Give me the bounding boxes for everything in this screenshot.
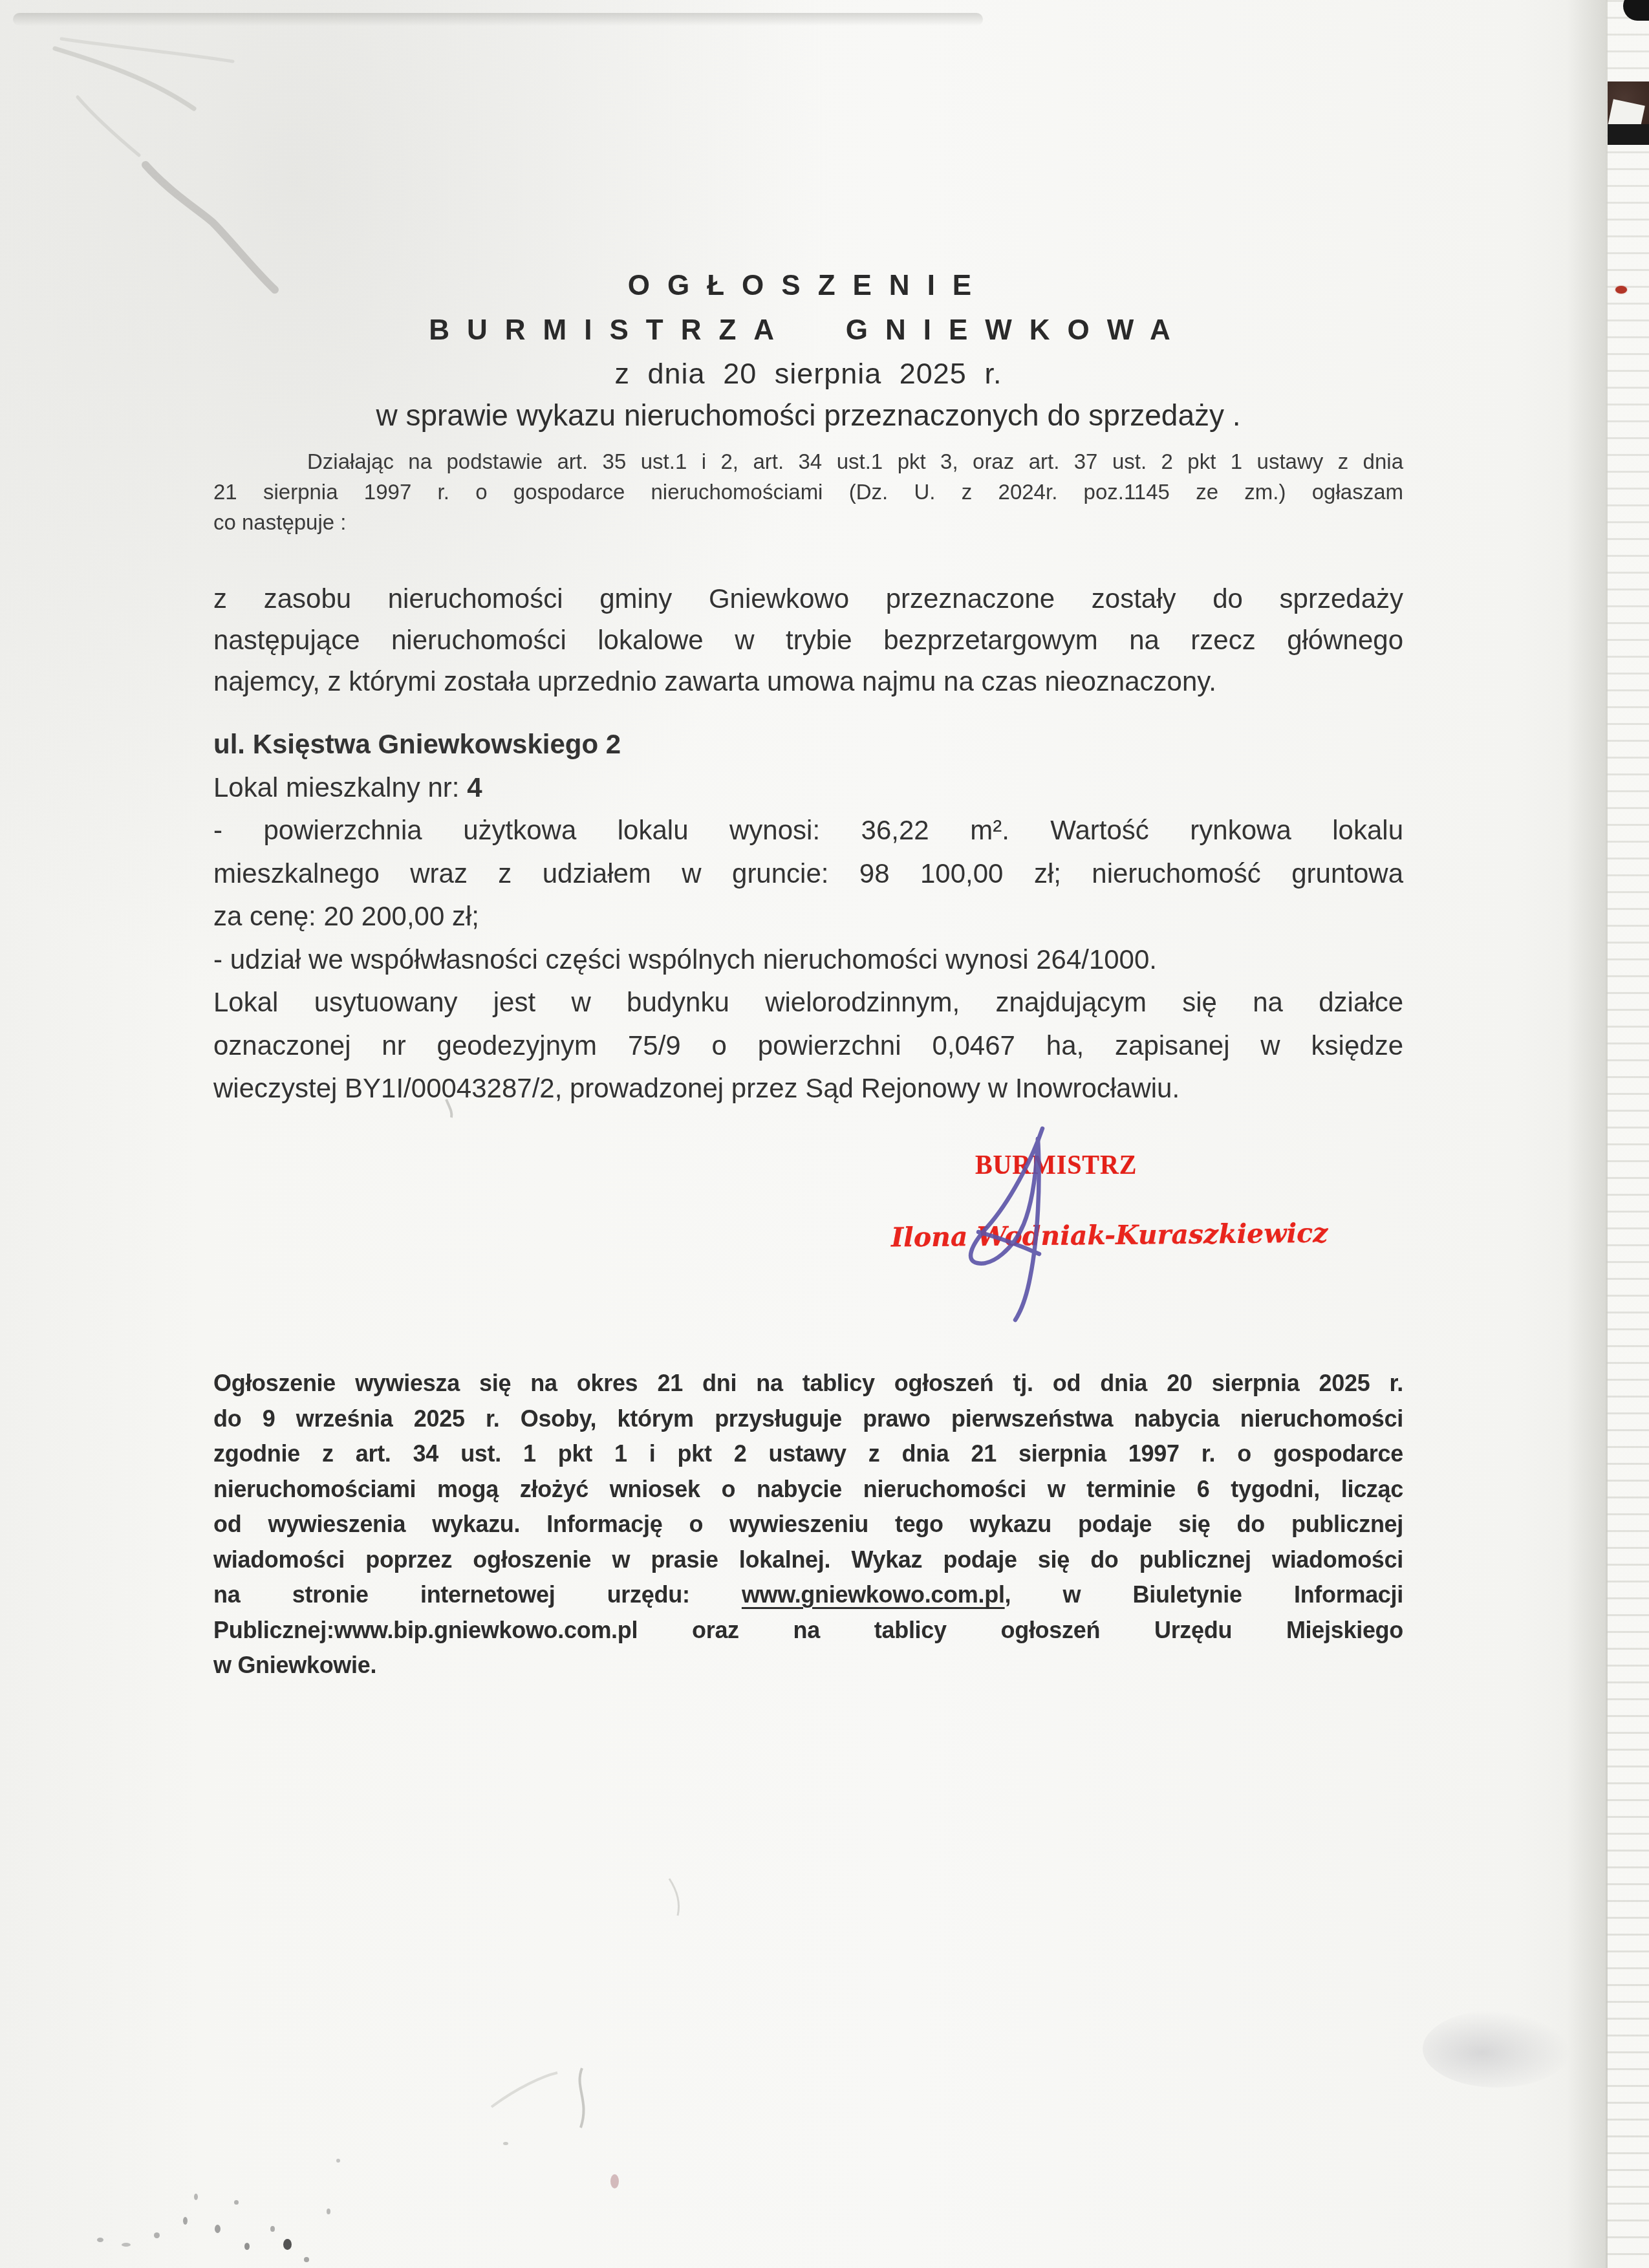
title-line-1: OGŁOSZENIE <box>213 272 1403 300</box>
property-unit-label: Lokal mieszkalny nr: <box>213 772 467 803</box>
property-line: wieczystej BY1I/00043287/2, prowadzonej … <box>213 1067 1403 1110</box>
dust-speck <box>327 2209 330 2214</box>
body-line: z zasobu nieruchomości gminy Gniewkowo p… <box>213 578 1403 620</box>
smudge-bottom-right <box>1423 2010 1571 2088</box>
dust-speck <box>234 2200 239 2205</box>
legal-basis-line: 21 sierpnia 1997 r. o gospodarce nieruch… <box>213 477 1403 507</box>
footer-line: zgodnie z art. 34 ust. 1 pkt 1 i pkt 2 u… <box>213 1436 1403 1472</box>
legal-basis-paragraph: Działając na podstawie art. 35 ust.1 i 2… <box>213 446 1403 537</box>
property-line: Lokal usytuowany jest w budynku wielorod… <box>213 981 1403 1024</box>
gniewkowo-website-link: www.gniewkowo.com.pl <box>742 1581 1005 1608</box>
scanner-edge-strip <box>1606 0 1649 2268</box>
dust-speck <box>336 2159 340 2163</box>
dust-speck <box>183 2217 188 2225</box>
property-unit-number: 4 <box>467 772 482 803</box>
signature-ink <box>941 1122 1083 1329</box>
title-subject-line: w sprawie wykazu nieruchomości przeznacz… <box>213 400 1403 430</box>
scanned-document-page: OGŁOSZENIE BURMISTRZA GNIEWKOWA z dnia 2… <box>0 0 1649 2268</box>
dust-speck <box>244 2243 250 2250</box>
dust-speck <box>194 2194 198 2200</box>
footer-link-suffix: , w Biuletynie Informacji <box>1005 1581 1403 1608</box>
footer-line: nieruchomościami mogą złożyć wniosek o n… <box>213 1472 1403 1507</box>
smear-top-edge <box>13 13 983 26</box>
footer-link-prefix: na stronie internetowej urzędu: <box>213 1581 742 1608</box>
footer-line-with-link: na stronie internetowej urzędu: www.gnie… <box>213 1577 1403 1613</box>
dust-speck <box>122 2243 131 2247</box>
paper-edge-shadow <box>1567 0 1606 2268</box>
dust-speck <box>154 2232 160 2238</box>
property-line: - powierzchnia użytkowa lokalu wynosi: 3… <box>213 809 1403 852</box>
footer-line: do 9 września 2025 r. Osoby, którym przy… <box>213 1401 1403 1437</box>
property-line: za cenę: 20 200,00 zł; <box>213 895 1403 938</box>
dust-speck <box>97 2238 103 2242</box>
property-unit-line: Lokal mieszkalny nr: 4 <box>213 766 1403 810</box>
ink-speck <box>283 2239 292 2250</box>
dust-speck <box>304 2257 309 2262</box>
footer-line: Publicznej:www.bip.gniewkowo.com.pl oraz… <box>213 1613 1403 1648</box>
red-ink-dot <box>1615 286 1627 294</box>
title-block: OGŁOSZENIE BURMISTRZA GNIEWKOWA z dnia 2… <box>213 272 1403 430</box>
legal-basis-line: Działając na podstawie art. 35 ust.1 i 2… <box>213 446 1403 477</box>
footer-line: Ogłoszenie wywiesza się na okres 21 dni … <box>213 1366 1403 1401</box>
property-line: - udział we współwłasności części wspóln… <box>213 938 1403 982</box>
main-paragraph: z zasobu nieruchomości gminy Gniewkowo p… <box>213 578 1403 702</box>
pink-speck <box>610 2174 619 2188</box>
body-line: następujące nieruchomości lokalowe w try… <box>213 620 1403 661</box>
property-street: ul. Księstwa Gniewkowskiego 2 <box>213 723 1403 766</box>
property-line: mieszkalnego wraz z udziałem w gruncie: … <box>213 852 1403 896</box>
dust-speck <box>215 2225 221 2233</box>
body-line: najemcy, z którymi została uprzednio zaw… <box>213 661 1403 702</box>
scanner-dark-object-bar <box>1608 124 1649 145</box>
footer-line: w Gniewkowie. <box>213 1648 1403 1683</box>
title-date-line: z dnia 20 sierpnia 2025 r. <box>213 359 1403 388</box>
footer-line: wiadomości poprzez ogłoszenie w prasie l… <box>213 1542 1403 1578</box>
dust-speck <box>503 2142 508 2145</box>
property-details: ul. Księstwa Gniewkowskiego 2 Lokal mies… <box>213 723 1403 1110</box>
dust-speck <box>270 2226 275 2232</box>
title-line-2: BURMISTRZA GNIEWKOWA <box>213 316 1403 345</box>
legal-basis-line: co następuje : <box>213 507 1403 537</box>
footer-paragraph: Ogłoszenie wywiesza się na okres 21 dni … <box>213 1366 1403 1683</box>
paper-edge-line <box>1606 0 1608 2268</box>
property-line: oznaczonej nr geodezyjnym 75/9 o powierz… <box>213 1024 1403 1068</box>
footer-line: od wywieszenia wykazu. Informację o wywi… <box>213 1507 1403 1542</box>
